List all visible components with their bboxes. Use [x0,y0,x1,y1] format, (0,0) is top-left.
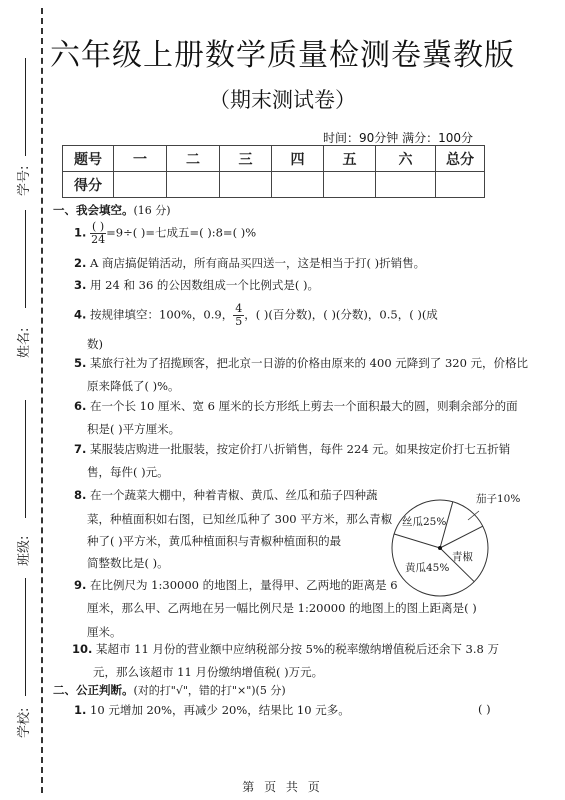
class-line [25,400,26,518]
row-header-score: 得分 [63,172,114,198]
question-6: 6. 在一个长 10 厘米、宽 6 厘米的长方形纸上剪去一个面积最大的圆，则剩余… [74,395,518,417]
question-text: 用 24 和 36 的公因数组成一个比例式是( )。 [90,278,319,292]
section-1-points: (16 分) [134,204,171,217]
question-text: 某服装店购进一批服装，按定价打八折销售，每件 224 元。如果按定价打七五折销 [90,442,510,456]
question-5-cont: 原来降低了( )%。 [87,378,180,394]
page-footer: 第 页 共 页 [0,778,565,795]
vegetable-area-pie-chart [388,496,492,600]
question-8: 8. 在一个蔬菜大棚中，种着青椒、黄瓜、丝瓜和茄子四种蔬 [74,484,378,506]
pie-label-loofah: 丝瓜25% [402,514,446,529]
question-number: 6. [74,399,86,413]
question-number: 3. [74,278,86,292]
col-header-3: 三 [220,146,272,172]
judgment-question-1: 1. 10 元增加 20%，再减少 20%，结果比 10 元多。 [74,699,350,721]
fraction: 4 5 [233,303,244,328]
judgment-answer-box[interactable]: ( ) [478,702,491,716]
page-subtitle: （期末测试卷） [0,84,565,114]
school-line [25,578,26,696]
pie-label-pepper: 青椒 [452,549,473,564]
question-5: 5. 某旅行社为了招揽顾客，把北京一日游的价格由原来的 400 元降到了 320… [74,352,528,374]
question-number: 7. [74,442,86,456]
question-8-cont-2: 种了( )平方米，黄瓜种植面积与青椒种植面积的最 [87,533,341,549]
score-table-header-row: 题号 一 二 三 四 五 六 总分 [63,146,485,172]
score-cell-2[interactable] [167,172,220,198]
question-4: 4. 按规律填空：100%，0.9， 4 5 ，( )(百分数)，( )(分数)… [74,303,438,328]
class-label: 班级: [13,536,32,566]
question-number: 1. [74,226,86,240]
binding-dashed-line [41,8,43,793]
question-text: 在一个蔬菜大棚中，种着青椒、黄瓜、丝瓜和茄子四种蔬 [90,488,378,502]
section-1-heading: 一、我会填空。(16 分) [53,202,171,218]
col-header-5: 五 [324,146,376,172]
name-label: 姓名: [13,328,32,358]
question-7-cont: 售，每件( )元。 [87,464,169,480]
question-8-cont-1: 菜，种植面积如右图，已知丝瓜种了 300 平方米，那么青椒 [87,511,392,527]
section-1-title: 一、我会填空。 [53,203,134,217]
question-text: =9÷( )=七成五=( ):8=( )% [106,226,256,240]
pie-label-eggplant: 茄子10% [476,491,520,506]
question-3: 3. 用 24 和 36 的公因数组成一个比例式是( )。 [74,274,319,296]
school-label: 学校: [13,708,32,738]
question-number: 8. [74,488,86,502]
question-text: 某超市 11 月份的营业额中应纳税部分按 5%的税率缴纳增值税后还余下 3.8 … [96,642,499,656]
score-cell-4[interactable] [272,172,324,198]
score-cell-5[interactable] [324,172,376,198]
question-6-cont: 积是( )平方厘米。 [87,421,180,437]
question-text: A 商店搞促销活动，所有商品买四送一，这是相当于打( )折销售。 [90,256,425,270]
pie-label-cucumber: 黄瓜45% [405,560,449,575]
score-table: 题号 一 二 三 四 五 六 总分 得分 [62,145,485,198]
question-number: 9. [74,578,86,592]
question-8-cont-3: 简整数比是( )。 [87,555,169,571]
student-id-label: 学号: [13,166,32,196]
score-cell-1[interactable] [114,172,167,198]
col-header-6: 六 [376,146,436,172]
fraction: ( ) 24 [90,221,106,246]
col-header-2: 二 [167,146,220,172]
question-10: 10. 某超市 11 月份的营业额中应纳税部分按 5%的税率缴纳增值税后还余下 … [72,638,499,660]
question-4-cont: 数) [87,336,103,352]
question-number: 2. [74,256,86,270]
section-2-heading: 二、公正判断。(对的打"√"，错的打"×")(5 分) [53,682,286,698]
section-2-note: (对的打"√"，错的打"×")(5 分) [134,684,286,697]
page-title: 六年级上册数学质量检测卷冀教版 [0,30,565,74]
question-2: 2. A 商店搞促销活动，所有商品买四送一，这是相当于打( )折销售。 [74,252,425,274]
score-cell-total[interactable] [436,172,485,198]
question-number: 10. [72,642,92,656]
question-text: 10 元增加 20%，再减少 20%，结果比 10 元多。 [90,703,350,717]
question-9: 9. 在比例尺为 1:30000 的地图上，量得甲、乙两地的距离是 6 [74,574,398,596]
question-number: 4. [74,308,86,322]
question-text: 某旅行社为了招揽顾客，把北京一日游的价格由原来的 400 元降到了 320 元，… [90,356,528,370]
row-header-question-no: 题号 [63,146,114,172]
score-cell-6[interactable] [376,172,436,198]
time-score-info: 时间：90分钟 满分：100分 [323,129,473,146]
question-text: 按规律填空：100%，0.9， [90,308,233,322]
col-header-total: 总分 [436,146,485,172]
question-number: 1. [74,703,86,717]
col-header-4: 四 [272,146,324,172]
col-header-1: 一 [114,146,167,172]
question-1: 1. ( ) 24 =9÷( )=七成五=( ):8=( )% [74,221,256,246]
score-cell-3[interactable] [220,172,272,198]
section-2-title: 二、公正判断。 [53,683,134,697]
question-7: 7. 某服装店购进一批服装，按定价打八折销售，每件 224 元。如果按定价打七五… [74,438,510,460]
name-line [25,210,26,308]
score-table-score-row: 得分 [63,172,485,198]
question-10-cont: 元，那么该超市 11 月份缴纳增值税( )万元。 [93,664,323,680]
question-9-cont-1: 厘米，那么甲、乙两地在另一幅比例尺是 1:20000 的地图上的图上距离是( ) [87,600,477,616]
question-text: 在比例尺为 1:30000 的地图上，量得甲、乙两地的距离是 6 [90,578,398,592]
question-number: 5. [74,356,86,370]
question-text: 在一个长 10 厘米、宽 6 厘米的长方形纸上剪去一个面积最大的圆，则剩余部分的… [90,399,518,413]
